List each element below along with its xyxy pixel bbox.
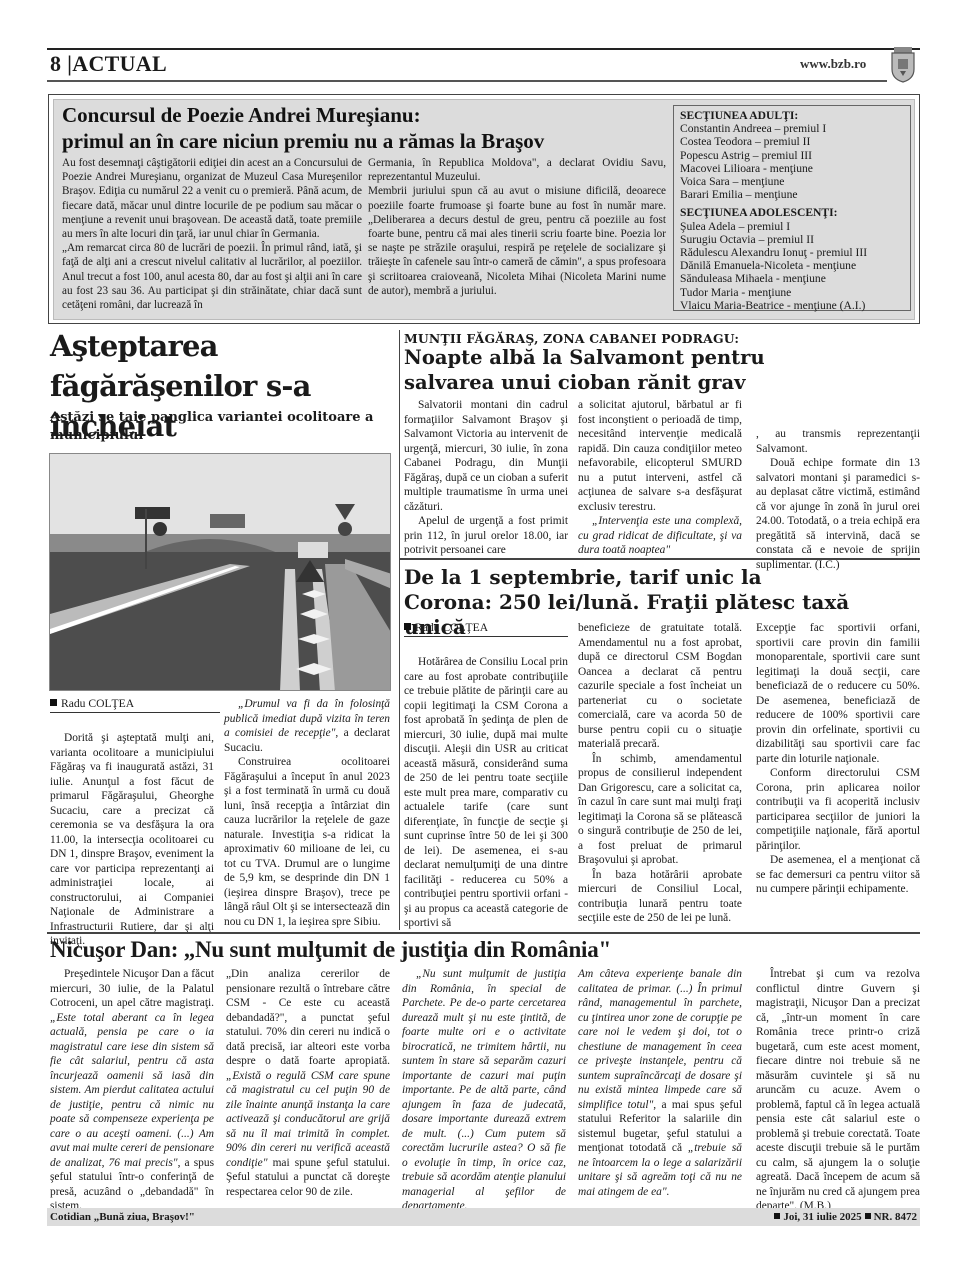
paragraph: Excepţie fac sportivii orfani, sportivii…: [756, 621, 920, 766]
quote: Am câteva experienţe banale din calitate…: [578, 968, 742, 1111]
paragraph: Construirea ocolitoarei Făgăraşului a în…: [224, 755, 390, 929]
salvamont-column-1: Salvatorii montani din cadrul formaţiilo…: [404, 398, 568, 558]
winner-item: Macovei Lilioara - menţiune: [680, 162, 904, 175]
issue-date: Joi, 31 iulie 2025: [783, 1211, 861, 1223]
dan-column-2: „Din analiza cererilor de pensionare rez…: [226, 967, 390, 1199]
square-bullet-icon: [865, 1213, 871, 1219]
fagaras-column-2: „Drumul va fi da în folosinţă publică im…: [224, 697, 390, 929]
winner-item: Rădulescu Alexandru Ionuţ - premiul III: [680, 246, 904, 259]
footer-issue-info: Joi, 31 iulie 2025NR. 8472: [771, 1208, 917, 1226]
lead-text: „Din analiza cererilor de pensionare rez…: [226, 968, 390, 1067]
page-header: 8 |ACTUAL: [50, 51, 167, 77]
byline-square-icon: [404, 623, 411, 630]
quote: „Există o regulă CSM care spune că magis…: [226, 1070, 390, 1169]
paragraph: „Am remarcat circa 80 de lucrări de poez…: [62, 241, 362, 312]
website-link[interactable]: www.bzb.ro: [800, 56, 866, 72]
section-rule: [400, 558, 920, 560]
corona-column-3: Excepţie fac sportivii orfani, sportivii…: [756, 621, 920, 897]
fagaras-column-1: Dorită şi aşteptată mulţi ani, varianta …: [50, 731, 214, 949]
dan-column-5: Întrebat şi cum va rezolva conflictul di…: [756, 967, 920, 1214]
section-name: ACTUAL: [72, 51, 167, 76]
winner-item: Şulea Adela – premiul I: [680, 220, 904, 233]
page-number: 8: [50, 51, 61, 76]
salvamont-column-3: , au transmis reprezentanţii Salvamont. …: [756, 427, 920, 572]
salvamont-kicker: MUNŢII FĂGĂRAŞ, ZONA CABANEI PODRAGU:: [404, 331, 739, 346]
paragraph: Germania, în Republica Moldova", a decla…: [368, 156, 666, 184]
winner-item: Popescu Astrig – premiul III: [680, 149, 904, 162]
photo-illustration: [50, 454, 391, 691]
paragraph: a solicitat ajutorul, bărbatul ar fi fos…: [578, 398, 742, 514]
corona-column-2: beneficieze de gratuitate totală. Amenda…: [578, 621, 742, 926]
lead-text: Preşedintele Nicuşor Dan a făcut miercur…: [50, 968, 214, 1009]
paragraph: Hotărârea de Consiliu Local prin care au…: [404, 655, 568, 931]
dan-headline: Nicuşor Dan: „Nu sunt mulţumit de justiţ…: [50, 936, 920, 964]
header-top-rule: [47, 48, 920, 50]
paragraph: Două echipe formate din 13 salvatori mon…: [756, 456, 920, 572]
winners-sidebar: SECŢIUNEA ADULŢI: Constantin Andreea – p…: [673, 105, 911, 311]
poetry-column-1: Au fost desemnaţi câştigătorii ediţiei d…: [62, 156, 362, 312]
road-bypass-roundabout-photo: [49, 453, 391, 691]
paragraph: Întrebat şi cum va rezolva conflictul di…: [756, 967, 920, 1214]
winner-item: Vlaicu Maria-Beatrice - menţiune (A.I.): [680, 299, 904, 312]
publication-name: Cotidian „Bună ziua, Braşov!": [50, 1211, 195, 1223]
author-name: Radu COLŢEA: [61, 697, 134, 710]
paragraph: beneficieze de gratuitate totală. Amenda…: [578, 621, 742, 752]
salvamont-column-2: a solicitat ajutorul, bărbatul ar fi fos…: [578, 398, 742, 558]
author-name: Radu COLŢEA: [415, 621, 488, 634]
paragraph: În schimb, amendamentul propus de consil…: [578, 752, 742, 868]
corona-byline: Radu COLŢEA: [404, 621, 568, 637]
winner-item: Costea Teodora – premiul II: [680, 135, 904, 148]
quote: „Nu sunt mulţumit de justiţia din Români…: [402, 967, 566, 1214]
dan-column-3: „Nu sunt mulţumit de justiţia din Români…: [402, 967, 566, 1214]
salvamont-headline: Noapte albă la Salvamont pentru salvarea…: [404, 345, 784, 395]
header-separator: |: [61, 51, 72, 76]
poetry-headline: Concursul de Poezie Andrei Mureşianu: pr…: [62, 102, 672, 154]
dan-column-1: Preşedintele Nicuşor Dan a făcut miercur…: [50, 967, 214, 1214]
winner-item: Sănduleasa Mihaela - menţiune: [680, 272, 904, 285]
winner-item: Constantin Andreea – premiul I: [680, 122, 904, 135]
quote: „Intervenţia este una complexă, cu grad …: [578, 514, 742, 558]
quote-attribution: , au transmis reprezentanţii Salvamont.: [756, 427, 920, 456]
square-bullet-icon: [774, 1213, 780, 1219]
poetry-column-2: Germania, în Republica Moldova", a decla…: [368, 156, 666, 298]
winner-item: Dănilă Emanuela-Nicoleta - menţiune: [680, 259, 904, 272]
paragraph: Membrii juriului spun că au avut o misiu…: [368, 184, 666, 298]
paragraph: Au fost desemnaţi câştigătorii ediţiei d…: [62, 156, 362, 241]
header-bottom-rule: [47, 80, 887, 82]
winner-item: Tudor Maria - menţiune: [680, 286, 904, 299]
city-crest-icon: [888, 45, 918, 83]
winner-item: Surugiu Octavia – premiul II: [680, 233, 904, 246]
section-rule: [47, 932, 920, 934]
fagaras-subheadline: Astăzi se taie panglica variantei ocolit…: [50, 409, 390, 445]
issue-number: NR. 8472: [874, 1211, 917, 1223]
quote: „Este total aberant ca în legea actuală,…: [50, 1012, 214, 1169]
paragraph: Apelul de urgenţă a fost primit prin 112…: [404, 514, 568, 558]
corona-column-1: Hotărârea de Consiliu Local prin care au…: [404, 655, 568, 931]
paragraph: De asemenea, el a menţionat că se fac de…: [756, 853, 920, 897]
paragraph: În baza hotărârii aprobate miercuri de C…: [578, 868, 742, 926]
poetry-headline-line1: Concursul de Poezie Andrei Mureşianu:: [62, 102, 672, 128]
paragraph: Salvatorii montani din cadrul formaţiilo…: [404, 398, 568, 514]
page-footer: Cotidian „Bună ziua, Braşov!" Joi, 31 iu…: [47, 1208, 920, 1226]
byline-square-icon: [50, 699, 57, 706]
paragraph: Dorită şi aşteptată mulţi ani, varianta …: [50, 731, 214, 949]
fagaras-byline: Radu COLŢEA: [50, 697, 220, 713]
paragraph: Conform directorului CSM Corona, prin ap…: [756, 766, 920, 853]
winner-item: Voica Sara – menţiune: [680, 175, 904, 188]
teens-section-title: SECŢIUNEA ADOLESCENŢI:: [680, 206, 904, 219]
dan-column-4: Am câteva experienţe banale din calitate…: [578, 967, 742, 1199]
poetry-headline-line2: primul an în care niciun premiu nu a răm…: [62, 128, 672, 154]
winner-item: Barari Emilia – menţiune: [680, 188, 904, 201]
adults-section-title: SECŢIUNEA ADULŢI:: [680, 109, 904, 122]
